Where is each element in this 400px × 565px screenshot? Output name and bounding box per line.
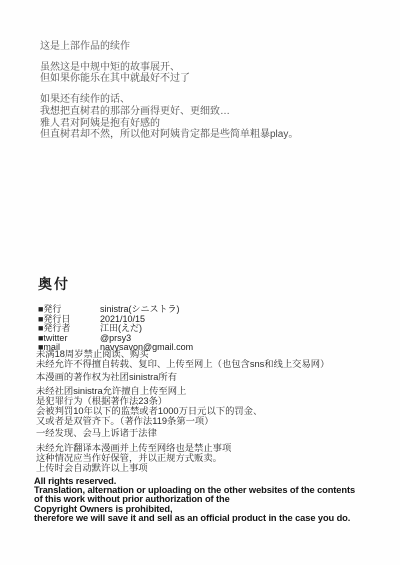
- legal-action-notice: 一经发现、会马上诉诸于法律: [36, 428, 329, 438]
- translation-ban-notice: 未经允许翻译本漫画并上传至网络也是禁止事项 这种情况应当作好保管，并以正规方式贩…: [36, 443, 329, 473]
- notice-line: 未经社团sinistra允许擅自上传至网上: [36, 386, 329, 396]
- notice-line: 是犯罪行为（根据著作法23条）: [36, 396, 329, 406]
- notice-line: 未满18周岁禁止阅读、购买: [36, 349, 329, 359]
- afterword-text: 这是上部作品的续作 虽然这是中规中矩的故事展开、 但如果你能乐在其中就最好不过了…: [40, 41, 298, 141]
- notice-line: 未经允许翻译本漫画并上传至网络也是禁止事项: [36, 443, 329, 453]
- manga-afterword-page: 这是上部作品的续作 虽然这是中规中矩的故事展开、 但如果你能乐在其中就最好不过了…: [0, 0, 400, 565]
- english-copyright-notice: All rights reserved. Translation, altern…: [34, 477, 396, 523]
- notice-line: 未经允许不得擅自转载、复印、上传至网上（也包含sns和线上交易网）: [36, 359, 329, 369]
- age-restriction-notice: 未满18周岁禁止阅读、购买 未经允许不得擅自转载、复印、上传至网上（也包含sns…: [36, 349, 329, 369]
- legal-penalty-notice: 未经社团sinistra允许擅自上传至网上 是犯罪行为（根据著作法23条） 会被…: [36, 386, 329, 426]
- copyright-ownership-notice: 本漫画的著作权为社团sinistra所有: [36, 372, 329, 382]
- notice-line: 这种情况应当作好保管，并以正规方式贩卖。: [36, 453, 329, 463]
- english-notice-line: therefore we will save it and sell as an…: [34, 514, 396, 523]
- notice-line: 会被判罚10年以下的监禁或者1000万日元以下的罚金、: [36, 406, 329, 416]
- notice-line: 又或者是双管齐下。（著作法119条第一项）: [36, 416, 329, 426]
- afterword-line: 雅人君对阿姨是抱有好感的: [40, 118, 298, 130]
- colophon-section: 奥付 ■発行 sinistra(シニストラ) ■発行日 2021/10/15 ■…: [38, 274, 193, 353]
- afterword-line: 虽然这是中规中矩的故事展开、: [40, 62, 298, 74]
- afterword-line: 我想把直树君的那部分画得更好、更细致…: [40, 106, 298, 118]
- afterword-paragraph: 如果还有续作的话、 我想把直树君的那部分画得更好、更细致… 雅人君对阿姨是抱有好…: [40, 94, 298, 141]
- afterword-line: 这是上部作品的续作: [40, 41, 298, 53]
- afterword-line: 但直树君却不然，所以他对阿姨肯定都是些简单粗暴play。: [40, 129, 298, 141]
- colophon-heading: 奥付: [38, 274, 193, 294]
- afterword-line: 如果还有续作的话、: [40, 94, 298, 106]
- notice-line: 本漫画的著作权为社团sinistra所有: [36, 372, 329, 382]
- afterword-line: 但如果你能乐在其中就最好不过了: [40, 73, 298, 85]
- notice-line: 上传时会自动默许以上事项: [36, 463, 329, 473]
- afterword-paragraph: 这是上部作品的续作: [40, 41, 298, 53]
- afterword-paragraph: 虽然这是中规中矩的故事展开、 但如果你能乐在其中就最好不过了: [40, 62, 298, 85]
- legal-notices: 未满18周岁禁止阅读、购买 未经允许不得擅自转载、复印、上传至网上（也包含sns…: [36, 349, 329, 473]
- notice-line: 一经发现、会马上诉诸于法律: [36, 428, 329, 438]
